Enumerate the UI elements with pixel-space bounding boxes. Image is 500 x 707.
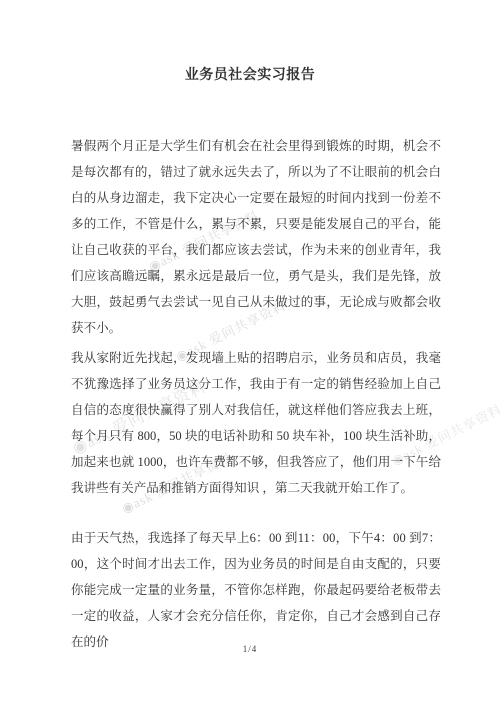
- report-paragraph-1: 暑假两个月正是大学生们有机会在社会里得到锻炼的时期，机会不是每次都有的，错过了就…: [71, 133, 441, 341]
- report-paragraph-3: 由于天气热，我选择了每天早上6：00 到11：00，下午4：00 到7：00，这…: [71, 525, 441, 655]
- report-paragraph-2: 我从家附近先找起，发现墙上贴的招聘启示，业务员和店员，我毫不犹豫选择了业务员这分…: [71, 345, 441, 501]
- document-page: ◉ask 爱问共享资料 ◉ask 爱问共享资料 ◉ask 爱问共享资料 ◉ask…: [0, 0, 500, 707]
- report-title: 业务员社会实习报告: [0, 64, 500, 84]
- page-number: 1/4: [0, 644, 500, 654]
